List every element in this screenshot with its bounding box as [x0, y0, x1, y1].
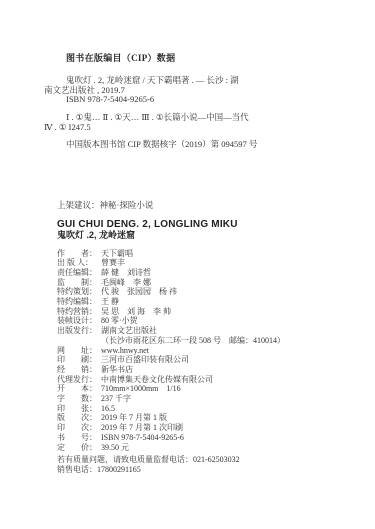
colophon-value: 湖南文艺出版社 — [101, 326, 157, 335]
cip-class-line-2: Ⅳ . ① I247.5 — [44, 123, 345, 133]
cip-classification: Ⅰ . ①鬼… Ⅱ . ①天… Ⅲ . ①长篇小说—中国—当代 Ⅳ . ① I2… — [44, 113, 345, 132]
colophon-label: 经 销： — [57, 365, 101, 375]
colophon-row-design: 装帧设计：80 零·小贺 — [57, 316, 345, 326]
colophon-value: 16.5 — [101, 404, 115, 413]
quality-hotline-line: 若有质量问题，请致电质量监督电话：021-62503032 — [57, 455, 345, 465]
colophon-value: 毛闽峰 李 娜 — [101, 278, 151, 287]
colophon-value: 2019 年 7 月第 1 版 — [101, 413, 167, 422]
colophon-row-format: 开 本：710mm×1000mm 1/16 — [57, 384, 345, 394]
colophon-value: 薛 健 刘诗哲 — [101, 268, 151, 277]
colophon-value: 三河市百盛印装有限公司 — [101, 355, 189, 364]
colophon-value: （长沙市雨花区东二环一段 508 号 邮编：410014） — [101, 336, 285, 345]
colophon-label: 书 号： — [57, 433, 101, 443]
colophon-value: 237 千字 — [101, 394, 131, 403]
book-title-chinese: 鬼吹灯 .2, 龙岭迷窟 — [57, 230, 345, 240]
colophon-row-edition: 版 次：2019 年 7 月第 1 版 — [57, 413, 345, 423]
colophon-row-isbn: 书 号：ISBN 978-7-5404-9265-6 — [57, 433, 345, 443]
colophon-label: 印 次： — [57, 423, 101, 433]
colophon-row-address: （长沙市雨花区东二环一段 508 号 邮编：410014） — [57, 336, 345, 346]
colophon-label: 定 价： — [57, 443, 101, 453]
colophon-row-special-planning: 特约策划：代 骏 张园园 杨 祎 — [57, 287, 345, 297]
colophon-row-supervisor: 监 制：毛闽峰 李 娜 — [57, 278, 345, 288]
colophon-label: 特约营销： — [57, 307, 101, 317]
colophon-row-special-editor: 特约编辑：王 静 — [57, 297, 345, 307]
colophon-label: 印 刷： — [57, 355, 101, 365]
colophon-row-word-count: 字 数：237 千字 — [57, 394, 345, 404]
colophon-row-price: 定 价：39.50 元 — [57, 443, 345, 453]
colophon-value: 710mm×1000mm 1/16 — [101, 384, 181, 393]
colophon-label: 印 张： — [57, 404, 101, 414]
footer-notes: 若有质量问题，请致电质量监督电话：021-62503032 销售电话：17800… — [57, 455, 345, 474]
colophon-list: 作 者：天下霸唱 出 版 人：曾赛丰 责任编辑：薛 健 刘诗哲 监 制：毛闽峰 … — [57, 249, 345, 453]
colophon-value: 吴 思 刘 海 李 帅 — [101, 307, 171, 316]
colophon-value: 新华书店 — [101, 365, 133, 374]
cip-record-number: 中国版本图书馆 CIP 数据核字（2019）第 094597 号 — [66, 140, 345, 150]
book-title-pinyin: GUI CHUI DENG. 2, LONGLING MIKU — [57, 219, 345, 230]
colophon-row-agent: 代理发行：中南博集天卷文化传媒有限公司 — [57, 375, 345, 385]
colophon-row-sheets: 印 张：16.5 — [57, 404, 345, 414]
colophon-label: 网 址： — [57, 346, 101, 356]
colophon-row-author: 作 者：天下霸唱 — [57, 249, 345, 259]
colophon-label: 开 本： — [57, 384, 101, 394]
colophon-value: 曾赛丰 — [101, 258, 125, 267]
copyright-page: 图书在版编目（CIP）数据 鬼吹灯 . 2, 龙岭迷窟 / 天下霸唱著 . — … — [0, 0, 375, 529]
colophon-label: 代理发行： — [57, 375, 101, 385]
cip-heading: 图书在版编目（CIP）数据 — [66, 53, 345, 63]
colophon-label: 监 制： — [57, 278, 101, 288]
colophon-value: www.hnwy.net — [101, 346, 149, 355]
colophon-value: 2019 年 7 月第 1 次印刷 — [101, 423, 183, 432]
colophon-label: 特约编辑： — [57, 297, 101, 307]
colophon-row-special-marketing: 特约营销：吴 思 刘 海 李 帅 — [57, 307, 345, 317]
colophon-value: 80 零·小贺 — [101, 316, 138, 325]
colophon-row-editor: 责任编辑：薛 健 刘诗哲 — [57, 268, 345, 278]
colophon-value: 王 静 — [101, 297, 119, 306]
colophon-label: 出 版 人： — [57, 258, 101, 268]
colophon-label: 特约策划： — [57, 287, 101, 297]
colophon-label: 字 数： — [57, 394, 101, 404]
colophon-label: 责任编辑： — [57, 268, 101, 278]
colophon-label: 装帧设计： — [57, 316, 101, 326]
colophon-label: 出版发行： — [57, 326, 101, 336]
colophon-row-publishing-house: 出版发行：湖南文艺出版社 — [57, 326, 345, 336]
colophon-value: 天下霸唱 — [101, 249, 133, 258]
shelf-suggestion: 上架建议：神秘·探险小说 — [57, 200, 345, 210]
sales-phone-line: 销售电话：17800291165 — [57, 465, 345, 475]
colophon-row-website: 网 址：www.hnwy.net — [57, 346, 345, 356]
colophon-label: 作 者： — [57, 249, 101, 259]
colophon-value: ISBN 978-7-5404-9265-6 — [101, 433, 184, 442]
colophon-row-printer: 印 刷：三河市百盛印装有限公司 — [57, 355, 345, 365]
colophon-value: 中南博集天卷文化传媒有限公司 — [101, 375, 213, 384]
colophon-row-distributor: 经 销：新华书店 — [57, 365, 345, 375]
cip-isbn-line: ISBN 978-7-5404-9265-6 — [44, 95, 345, 105]
colophon-value: 代 骏 张园园 杨 祎 — [101, 287, 177, 296]
colophon-value: 39.50 元 — [101, 443, 129, 452]
colophon-row-publisher-person: 出 版 人：曾赛丰 — [57, 258, 345, 268]
colophon-row-printing: 印 次：2019 年 7 月第 1 次印刷 — [57, 423, 345, 433]
colophon-label: 版 次： — [57, 413, 101, 423]
cip-bibliography: 鬼吹灯 . 2, 龙岭迷窟 / 天下霸唱著 . — 长沙 : 湖 南文艺出版社 … — [44, 76, 345, 105]
